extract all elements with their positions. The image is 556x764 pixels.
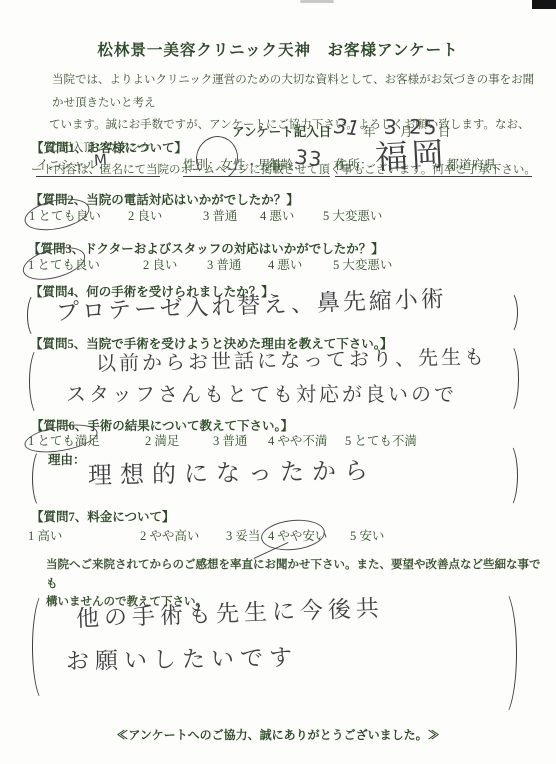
address-value: 福岡	[374, 137, 448, 174]
initial-value: M	[93, 153, 107, 169]
bracket-right-comment	[487, 588, 517, 718]
q2-option-5: 5 大変悪い	[323, 206, 382, 224]
address-unit: 都道府県	[447, 158, 497, 172]
scan-corner-mark	[532, 0, 556, 9]
q2-option-4: 4 悪い	[260, 206, 294, 224]
q3-option-4: 4 悪い	[268, 255, 302, 273]
bracket-right-q4	[501, 291, 518, 334]
q3-option-2: 2 良い	[143, 255, 177, 273]
free-comment-line-2: お願いしたいです	[66, 647, 298, 674]
q6-reason-answer: 理想的になったから	[88, 458, 376, 487]
q2-option-2: 2 良い	[128, 206, 162, 224]
q7-heading: 【質問7、料金について】	[31, 507, 175, 525]
q6-option-2: 2 満足	[145, 431, 179, 449]
bracket-left-q4	[27, 293, 44, 338]
date-label: アンケート記入日	[232, 122, 331, 140]
date-year-value: 31	[331, 116, 362, 139]
gender-separator: ・	[246, 158, 259, 172]
initial-field: イニシャル： M	[36, 155, 160, 177]
age-field: 年齢：才 33	[268, 155, 330, 177]
footer-thanks: ≪アンケートへのご協力、誠にありがとうございました。≫	[0, 726, 556, 743]
q1-fields-row: イニシャル： M 性別：女性・男性 年齢：才 33 住所：都道府県 福岡	[0, 153, 556, 183]
q7-option-3: 3 妥当	[226, 526, 260, 544]
q3-option-3: 3 普通	[207, 255, 241, 273]
scan-smudge	[300, 0, 334, 3]
bracket-right-q6	[499, 443, 518, 508]
q3-option-5: 5 大変悪い	[333, 255, 392, 273]
page-title: 松林景一美容クリニック天神 お客様アンケート	[0, 38, 556, 60]
q5-answer-line-1: 以前からお世話になっており、先生も	[96, 347, 487, 374]
q5-answer-line-2: スタッフさんもとても対応が良いので	[66, 384, 457, 404]
q6-option-3: 3 普通	[213, 431, 247, 449]
survey-scan-page: 松林景一美容クリニック天神 お客様アンケート 当院では、よりよいクリニック運営の…	[0, 0, 556, 764]
bracket-right-q5	[499, 343, 519, 414]
free-comment-prompt-line-1: 当院へご来院されてからのご感想を率直にお聞かせ下さい。また、要望や改善点など些細…	[46, 556, 541, 593]
q6-option-5: 5 とても不満	[345, 431, 417, 449]
age-value: 33	[294, 147, 323, 170]
intro-line-1: 当院では、よりよいクリニック運営のための大切な資料として、お客様がお気づきの事を…	[31, 69, 536, 114]
q7-option-1: 1 高い	[28, 526, 62, 544]
address-label: 住所：	[335, 158, 373, 172]
pen-circle-q7-selected	[260, 517, 327, 554]
q7-option-2: 2 やや高い	[140, 526, 199, 544]
date-month-value: 3	[383, 117, 397, 138]
address-field: 住所：都道府県 福岡	[335, 155, 532, 177]
q6-reason-label: 理由：	[48, 450, 86, 468]
bracket-left-comment	[32, 591, 58, 703]
q2-option-3: 3 普通	[203, 206, 237, 224]
q6-option-4: 4 やや不満	[268, 431, 327, 449]
bracket-left-q5	[29, 347, 49, 416]
q7-option-5: 5 安い	[350, 526, 384, 544]
